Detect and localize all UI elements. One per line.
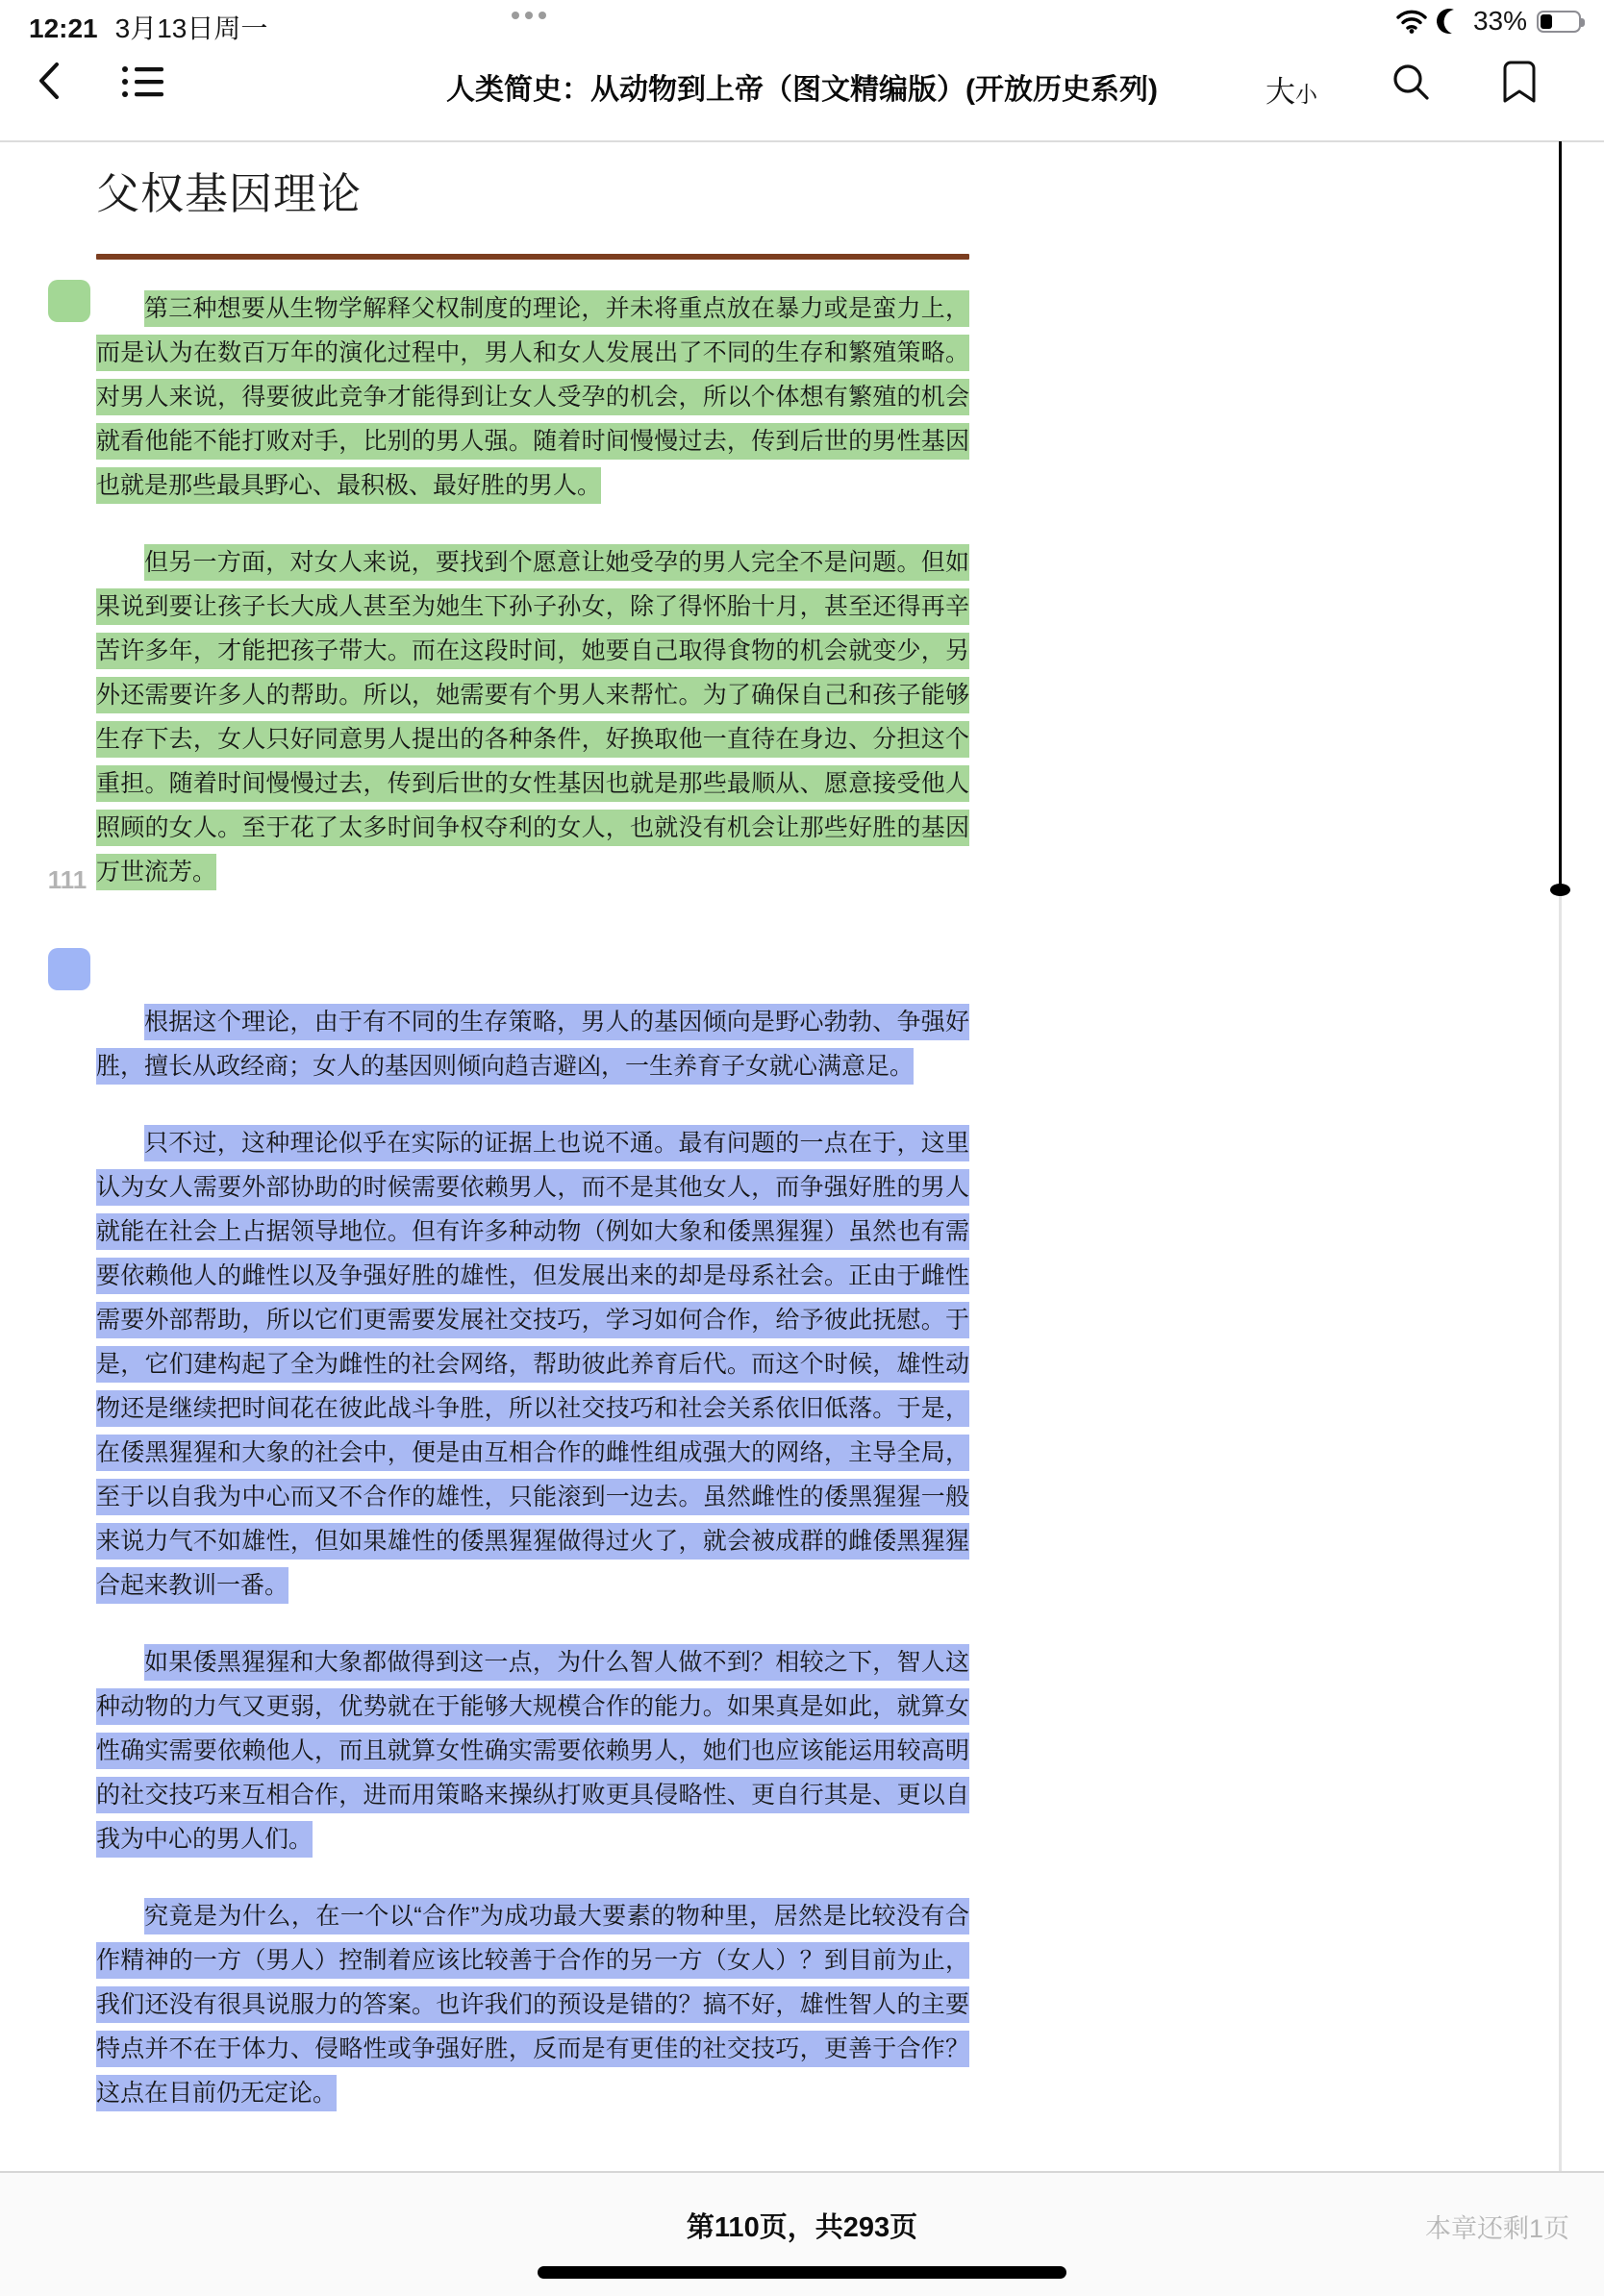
status-date: 3月13日周一 (115, 8, 268, 46)
font-size-small-label[interactable]: 小 (1295, 77, 1317, 109)
search-button[interactable] (1391, 62, 1431, 102)
wifi-icon (1396, 9, 1427, 34)
font-size-large-label[interactable]: 大 (1266, 67, 1295, 111)
moon-focus-icon (1434, 6, 1466, 37)
paragraph[interactable]: 根据这个理论，由于有不同的生存策略，男人的基因倾向是野心勃勃、争强好胜，擅长从政… (96, 1000, 969, 1088)
reading-page: 父权基因理论 第三种想要从生物学解释父权制度的理论，并未将重点放在暴力或是蛮力上… (96, 159, 969, 2115)
nav-divider (0, 140, 1604, 142)
highlight-marker-blue[interactable] (48, 948, 90, 990)
chapter-heading: 父权基因理论 (96, 159, 969, 221)
highlight-marker-green[interactable] (48, 280, 90, 322)
book-title: 人类简史：从动物到上帝（图文精编版）(开放历史系列) (0, 65, 1604, 108)
battery-percent: 33% (1473, 6, 1527, 37)
nav-bar: 人类简史：从动物到上帝（图文精编版）(开放历史系列) 大小 (0, 44, 1604, 140)
home-indicator[interactable] (538, 2266, 1066, 2279)
battery-icon (1537, 11, 1581, 33)
scrollbar-progress[interactable] (1559, 141, 1562, 889)
heading-rule (96, 254, 969, 260)
paragraph[interactable]: 如果倭黑猩猩和大象都做得到这一点，为什么智人做不到？相较之下，智人这种动物的力气… (96, 1640, 969, 1861)
status-bar: 12:21 3月13日周一 33% (0, 0, 1604, 42)
ebook-reader-screen: { "status_bar": { "time": "12:21", "date… (0, 0, 1604, 2296)
paragraph[interactable]: 但另一方面，对女人来说，要找到个愿意让她受孕的男人完全不是问题。但如果说到要让孩… (96, 540, 969, 894)
bookmark-button[interactable] (1502, 60, 1537, 104)
page-position-label: 第110页，共293页 (0, 2206, 1604, 2245)
paragraph[interactable]: 究竟是为什么，在一个以“合作”为成功最大要素的物种里，居然是比较没有合作精神的一… (96, 1894, 969, 2115)
search-icon (1391, 62, 1431, 102)
status-time: 12:21 (29, 13, 98, 44)
print-page-number: 111 (38, 865, 96, 895)
chapter-remaining-label: 本章还剩1页 (1425, 2208, 1569, 2245)
multitask-dots-icon[interactable] (512, 12, 546, 19)
scrollbar-thumb[interactable] (1550, 884, 1570, 896)
paragraph[interactable]: 第三种想要从生物学解释父权制度的理论，并未将重点放在暴力或是蛮力上，而是认为在数… (96, 287, 969, 508)
font-size-control[interactable]: 大小 (1266, 67, 1317, 111)
bookmark-icon (1502, 60, 1537, 104)
paragraph[interactable]: 只不过，这种理论似乎在实际的证据上也说不通。最有问题的一点在于，这里认为女人需要… (96, 1121, 969, 1608)
